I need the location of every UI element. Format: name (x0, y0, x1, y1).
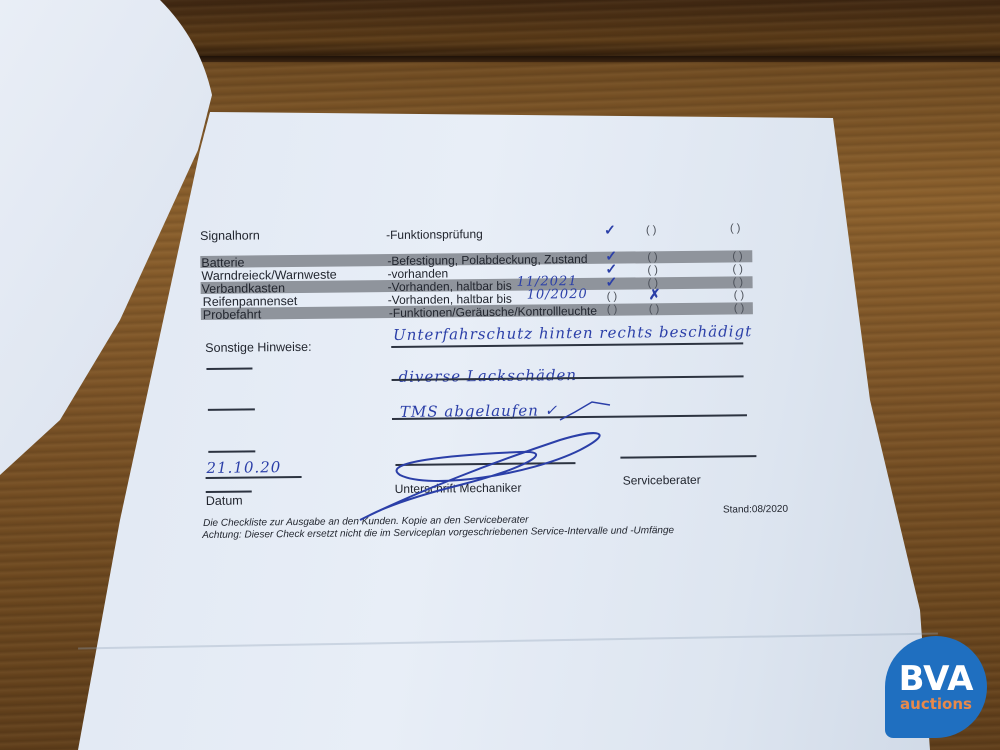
bva-auctions-logo: BVA auctions (885, 636, 987, 738)
logo-brand-text: BVA (899, 662, 974, 696)
mechanic-signature-scribble (0, 0, 1000, 750)
logo-sub-text: auctions (900, 696, 972, 712)
